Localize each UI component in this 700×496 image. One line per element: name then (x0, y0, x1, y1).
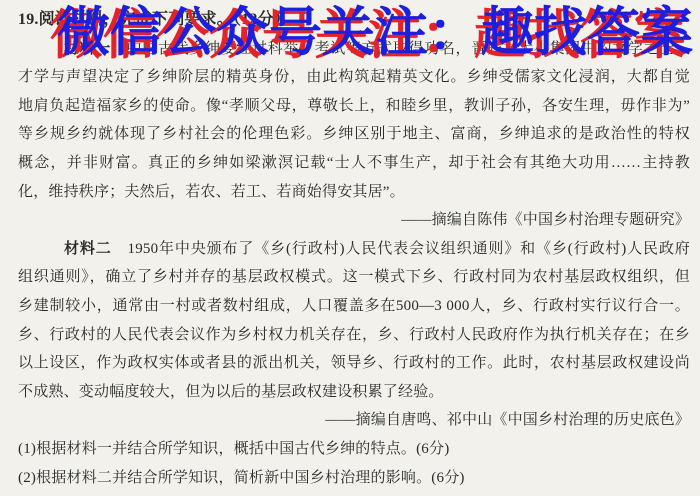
text-line: 等乡规乡约就体现了乡村社会的伦理色彩。乡绅区别于地主、富商，乡绅追求的是政治性的… (18, 120, 690, 149)
line-label: 材料二 (64, 241, 112, 257)
line-label: 19. (18, 11, 39, 28)
text-line: (2)根据材料二并结合所学知识，简析新中国乡村治理的影响。(6分) (18, 464, 690, 493)
line-label: 材料一 (64, 41, 111, 57)
text-line: (1)根据材料一并结合所学知识，概括中国古代乡绅的特点。(6分) (18, 435, 690, 464)
text-line: 乡、行政村的人民代表会议作为乡村权力机关存在，乡、行政村人民政府作为执行机关存在… (18, 321, 690, 350)
text-line: 19.阅读材料，完成下列要求。（12分） (18, 6, 690, 35)
text-line: ——摘编自陈伟《中国乡村治理专题研究》 (18, 206, 690, 235)
text-line: 材料二 1950年中央颁布了《乡(行政村)人民代表会议组织通则》和《乡(行政村)… (18, 235, 690, 264)
text-line: 材料一 中国古代乡绅要经过科举、考试等方式取得功名，晋升为大小集团中的文学之士。 (18, 35, 690, 64)
text-line: ——摘编自唐鸣、祁中山《中国乡村治理的历史底色》 (18, 406, 690, 435)
text-line: 乡建制较小，通常由一村或者数村组成，人口覆盖多在500—3 000人，乡、行政村… (18, 292, 690, 321)
document-lines: 19.阅读材料，完成下列要求。（12分）材料一 中国古代乡绅要经过科举、考试等方… (18, 6, 690, 492)
text-line: 概念，并非财富。真正的乡绅如梁漱溟记载“士人不事生产，却于社会有其绝大功用……主… (18, 149, 690, 178)
text-line: 才学与声望决定了乡绅阶层的精英身份，由此构筑起精英文化。乡绅受儒家文化浸润，大都… (18, 63, 690, 92)
text-line: 不成熟、变动幅度较大，但为以后的基层政权建设积累了经验。 (18, 378, 690, 407)
text-line: 地肩负起造福家乡的使命。像“孝顺父母，尊敬长上，和睦乡里，教训子孙，各安生理，毋… (18, 92, 690, 121)
text-line: 组织通则》，确立了乡村并存的基层政权模式。这一模式下乡、行政村同为农村基层政权组… (18, 263, 690, 292)
exam-page: 19.阅读材料，完成下列要求。（12分）材料一 中国古代乡绅要经过科举、考试等方… (0, 0, 700, 496)
text-line: 化，维持秩序；夫然后，若农、若工、若商始得安其居”。 (18, 178, 690, 207)
text-line: 以上设区，作为政权实体或者县的派出机关，领导乡、行政村的工作。此时，农村基层政权… (18, 349, 690, 378)
